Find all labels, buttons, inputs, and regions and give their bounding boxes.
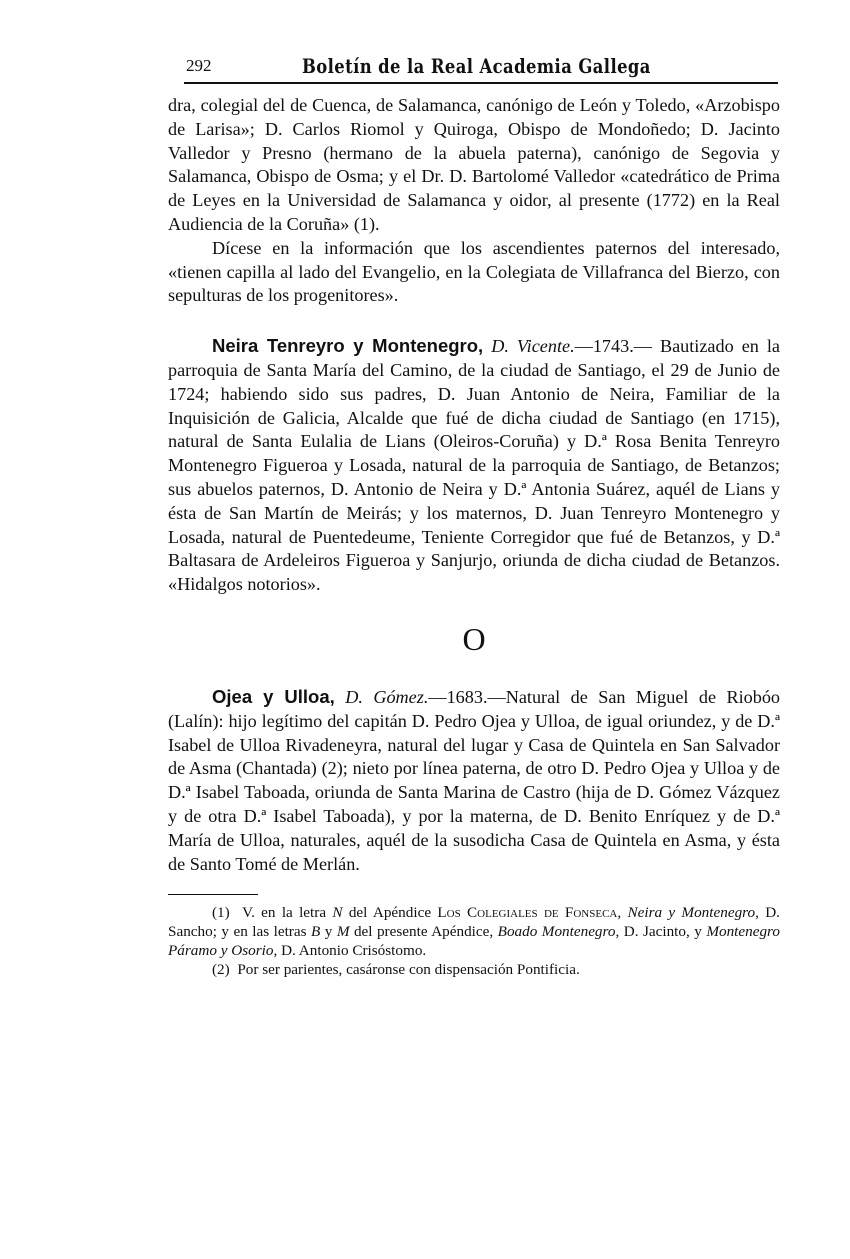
entry-given-name: D. Gómez.	[345, 687, 428, 707]
footnote-text: del presente Apéndice,	[349, 923, 497, 940]
header-rule	[184, 82, 778, 84]
footnote-italic: M	[337, 923, 350, 940]
footnote-italic: Neira y Montenegro	[627, 904, 755, 921]
footnote-text: del Apéndice	[343, 904, 438, 921]
footnote-text: y	[320, 923, 337, 940]
footnote-text: ,	[617, 904, 627, 921]
footnote-rule	[168, 894, 258, 895]
paragraph-information: Dícese en la información que los ascendi…	[168, 237, 780, 308]
footnotes: (1) V. en la letra N del Apéndice Los Co…	[168, 903, 780, 979]
footnote-text: Por ser parientes, casáronse con dispens…	[237, 961, 579, 978]
paragraph-continuation: dra, colegial del de Cuenca, de Salamanc…	[168, 94, 780, 237]
footnote-italic: N	[332, 904, 342, 921]
footnote-text: , D. Jacinto, y	[615, 923, 706, 940]
footnote-marker: (1)	[212, 904, 230, 921]
section-letter: O	[168, 619, 780, 659]
page-header: 292 Boletín de la Real Academia Gallega	[184, 52, 778, 82]
entry-text: Natural de San Miguel de Riobóo (Lalín):…	[168, 687, 780, 874]
entry-ojea: Ojea y Ulloa, D. Gómez.—1683.—Natural de…	[168, 685, 780, 876]
entry-text: Bautizado en la parroquia de Santa María…	[168, 336, 780, 594]
footnote-1: (1) V. en la letra N del Apéndice Los Co…	[168, 903, 780, 960]
footnote-smallcaps: Los Colegiales de Fonseca	[437, 904, 617, 921]
footnote-marker: (2)	[212, 961, 230, 978]
footnote-2: (2) Por ser parientes, casáronse con dis…	[168, 960, 780, 979]
footnote-italic: B	[311, 923, 320, 940]
entry-year: —1743.—	[575, 336, 652, 356]
page-number: 292	[186, 56, 212, 76]
entry-year: —1683.—	[428, 687, 505, 707]
entry-neira: Neira Tenreyro y Montenegro, D. Vicente.…	[168, 334, 780, 597]
entry-given-name: D. Vicente.	[491, 336, 574, 356]
footnote-text: V. en la letra	[242, 904, 332, 921]
entry-name: Neira Tenreyro y Montenegro,	[212, 335, 483, 356]
entry-name: Ojea y Ulloa,	[212, 686, 335, 707]
body-text: dra, colegial del de Cuenca, de Salamanc…	[168, 94, 780, 979]
document-page: 292 Boletín de la Real Academia Gallega …	[0, 0, 850, 1259]
running-title: Boletín de la Real Academia Gallega	[302, 54, 651, 78]
footnote-italic: Boado Montenegro	[498, 923, 616, 940]
footnote-text: , D. Antonio Crisóstomo.	[273, 942, 426, 959]
